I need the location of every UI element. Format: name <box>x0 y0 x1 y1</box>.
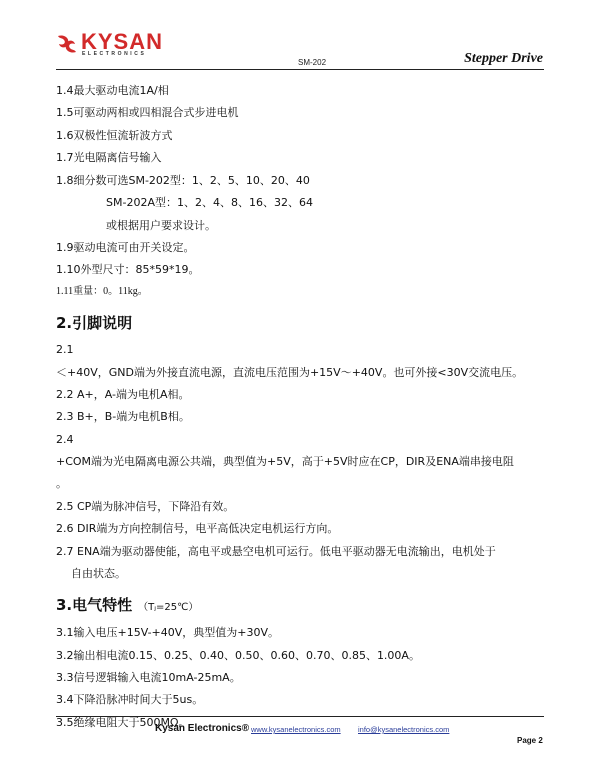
pin-2-3: 2.3 B+，B-端为电机B相。 <box>56 410 190 424</box>
page-footer: Kysan Electronics® www.kysanelectronics.… <box>0 712 600 776</box>
footer-divider <box>56 716 544 717</box>
feature-1-8: 1.8细分数可选SM-202型：1、2、5、10、20、40 <box>56 174 310 188</box>
pin-2-7: 2.7 ENA端为驱动器使能，高电平或悬空电机可运行。低电平驱动器无电流输出，电… <box>56 545 496 559</box>
pin-2-2: 2.2 A+，A-端为电机A相。 <box>56 388 190 402</box>
model-number: SM-202 <box>298 58 326 67</box>
footer-email-link[interactable]: info@kysanelectronics.com <box>358 725 449 734</box>
pin-2-1-text: ＜+40V，GND端为外接直流电源，直流电压范围为+15V～+40V。也可外接<… <box>56 366 523 380</box>
logo-text: KYSAN <box>81 31 163 53</box>
document-subject: Stepper Drive <box>464 51 543 67</box>
feature-1-7: 1.7光电隔离信号输入 <box>56 151 162 165</box>
header-divider <box>56 69 544 70</box>
pin-2-5: 2.5 CP端为脉冲信号，下降沿有效。 <box>56 500 234 514</box>
footer-website-link[interactable]: www.kysanelectronics.com <box>251 725 341 734</box>
feature-1-8-sm202a: SM-202A型：1、2、4、8、16、32、64 <box>106 196 313 210</box>
pin-2-1-label: 2.1 <box>56 343 74 357</box>
section-2-heading: 2.引脚说明 <box>56 314 132 332</box>
footer-company: Kysan Electronics® <box>155 723 249 734</box>
page-number: Page 2 <box>517 736 543 745</box>
kysan-logo-icon <box>56 32 78 56</box>
pin-2-4-label: 2.4 <box>56 433 74 447</box>
pin-2-4-end: 。 <box>56 477 67 491</box>
spec-3-1: 3.1输入电压+15V-+40V，典型值为+30V。 <box>56 626 279 640</box>
feature-1-6: 1.6双极性恒流斩波方式 <box>56 129 173 143</box>
feature-1-11: 1.11重量：0。11kg。 <box>56 285 148 299</box>
spec-3-4: 3.4下降沿脉冲时间大于5us。 <box>56 693 203 707</box>
section-3-condition: （Tⱼ=25℃） <box>138 602 198 613</box>
kysan-logo: KYSAN ELECTRONICS <box>56 30 166 58</box>
spec-3-2: 3.2输出相电流0.15、0.25、0.40、0.50、0.60、0.70、0.… <box>56 649 420 663</box>
section-3-heading: 3.电气特性（Tⱼ=25℃） <box>56 596 198 617</box>
spec-3-3: 3.3信号逻辑输入电流10mA-25mA。 <box>56 671 241 685</box>
pin-2-6: 2.6 DIR端为方向控制信号，电平高低决定电机运行方向。 <box>56 522 338 536</box>
section-3-title: 3.电气特性 <box>56 596 132 614</box>
feature-1-10: 1.10外型尺寸：85*59*19。 <box>56 263 199 277</box>
logo-subtext: ELECTRONICS <box>82 51 146 57</box>
feature-1-8-custom: 或根据用户要求设计。 <box>106 219 216 233</box>
feature-1-4: 1.4最大驱动电流1A/相 <box>56 84 169 98</box>
page-header: KYSAN ELECTRONICS SM-202 Stepper Drive <box>0 0 600 72</box>
pin-2-4-text: +COM端为光电隔离电源公共端，典型值为+5V，高于+5V时应在CP，DIR及E… <box>56 455 514 469</box>
feature-1-9: 1.9驱动电流可由开关设定。 <box>56 241 195 255</box>
feature-1-5: 1.5可驱动两相或四相混合式步进电机 <box>56 106 239 120</box>
pin-2-7-cont: 自由状态。 <box>71 567 126 581</box>
